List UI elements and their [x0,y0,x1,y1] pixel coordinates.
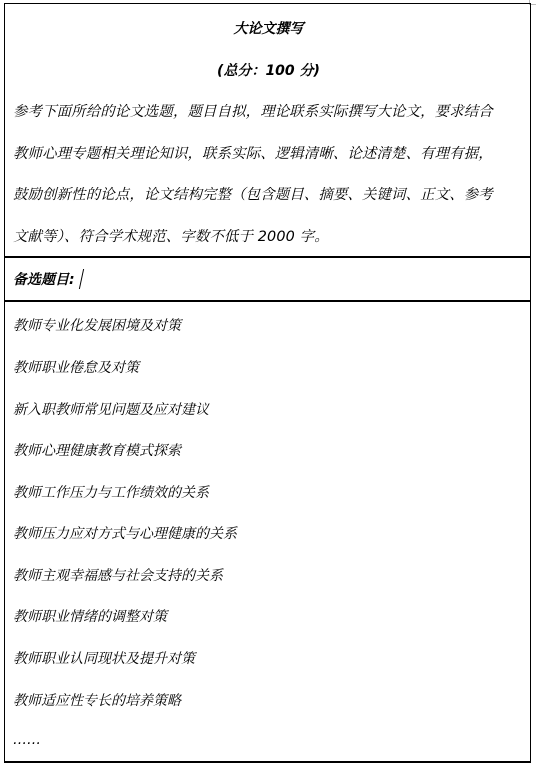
intro-line-4: 文献等）、符合学术规范、字数不低于 2000 字。 [13,225,329,246]
list-item: 教师专业化发展困境及对策 [13,315,181,335]
text-cursor [78,269,83,289]
topics-list: 教师专业化发展困境及对策 教师职业倦怠及对策 新入职教师常见问题及应对建议 教师… [4,302,531,763]
list-item: 教师心理健康教育模式探索 [13,440,181,460]
assignment-table: 大论文撰写 (总分：100 分) 参考下面所给的论文选题，题目自拟，理论联系实际… [4,3,531,763]
list-item: 教师职业认同现状及提升对策 [13,648,195,668]
topics-label: 备选题目: [13,269,75,289]
intro-cell: 大论文撰写 (总分：100 分) 参考下面所给的论文选题，题目自拟，理论联系实际… [4,3,531,258]
intro-line-3: 鼓励创新性的论点，论文结构完整（包含题目、摘要、关键词、正文、参考 [13,183,493,204]
intro-line-2: 教师心理专题相关理论知识，联系实际、逻辑清晰、论述清楚、有理有据， [13,142,493,163]
list-item: 教师适应性专长的培养策略 [13,690,181,710]
list-item: 教师压力应对方式与心理健康的关系 [13,523,237,543]
list-item-ellipsis: …… [13,732,41,748]
list-item: 教师工作压力与工作绩效的关系 [13,482,209,502]
list-item: 教师职业倦怠及对策 [13,357,139,377]
page-title: 大论文撰写 [5,18,532,38]
list-item: 新入职教师常见问题及应对建议 [13,399,209,419]
intro-line-1: 参考下面所给的论文选题，题目自拟，理论联系实际撰写大论文，要求结合 [13,100,493,121]
list-item: 教师职业情绪的调整对策 [13,606,167,626]
list-item: 教师主观幸福感与社会支持的关系 [13,565,223,585]
total-score: (总分：100 分) [5,60,532,80]
topics-label-cell[interactable]: 备选题目: [4,258,531,302]
